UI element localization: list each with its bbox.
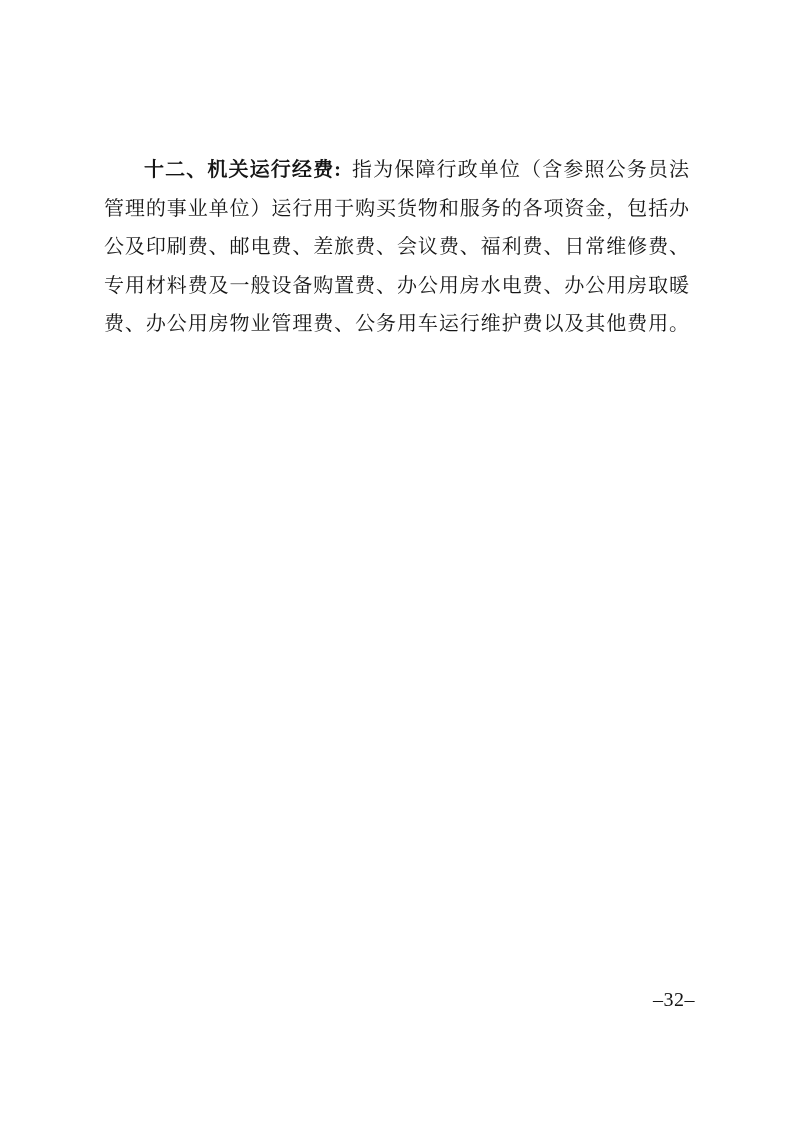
page-number: –32– bbox=[650, 989, 698, 1011]
paragraph-line-1-text: 指为保障行政单位（含参照公务员法 bbox=[351, 159, 689, 181]
paragraph-line-2: 管理的事业单位）运行用于购买货物和服务的各项资金，包括办 bbox=[104, 190, 689, 229]
paragraph-line-5: 费、办公用房物业管理费、公务用车运行维护费以及其他费用。 bbox=[104, 305, 689, 344]
paragraph-line-4: 专用材料费及一般设备购置费、办公用房水电费、办公用房取暖 bbox=[104, 267, 689, 306]
paragraph-line-1: 十二、机关运行经费:指为保障行政单位（含参照公务员法 bbox=[104, 151, 689, 190]
paragraph-heading: 十二、机关运行经费: bbox=[144, 159, 341, 181]
body-paragraph: 十二、机关运行经费:指为保障行政单位（含参照公务员法 管理的事业单位）运行用于购… bbox=[104, 151, 689, 344]
document-page: 十二、机关运行经费:指为保障行政单位（含参照公务员法 管理的事业单位）运行用于购… bbox=[0, 0, 793, 1122]
paragraph-line-3: 公及印刷费、邮电费、差旅费、会议费、福利费、日常维修费、 bbox=[104, 228, 689, 267]
